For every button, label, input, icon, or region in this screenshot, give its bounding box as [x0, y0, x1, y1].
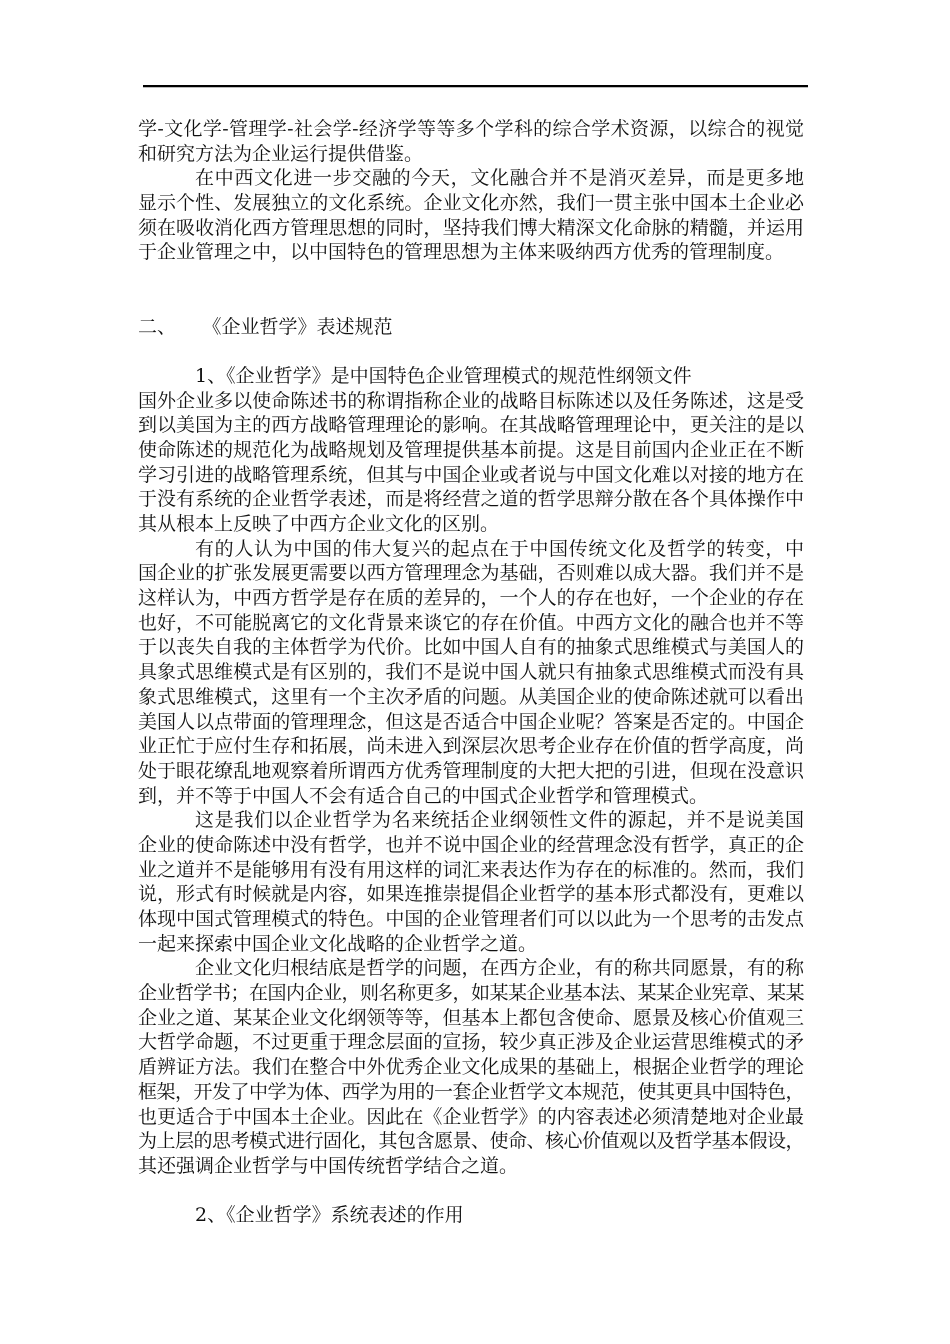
document-page: 学-文化学-管理学-社会学-经济学等等多个学科的综合学术资源，以综合的视觉和研究… — [0, 0, 950, 1344]
sub-heading-2: 2、《企业哲学》系统表述的作用 — [138, 1203, 804, 1228]
section-number: 二、 — [138, 316, 176, 338]
text-line: 企业哲学书；在国内企业，则名称更多，如某某企业基本法、某某企业宪章、某某 — [138, 981, 804, 1006]
section-heading-2: 二、《企业哲学》表述规范 — [138, 315, 804, 340]
text-line: 使命陈述的规范化为战略规划及管理提供基本前提。这是目前国内企业正在不断 — [138, 438, 804, 463]
text-line: 体现中国式管理模式的特色。中国的企业管理者们可以以此为一个思考的击发点 — [138, 907, 804, 932]
header-rule — [143, 85, 808, 88]
text-line: 企业的使命陈述中没有哲学，也并不说中国企业的经营理念没有哲学，真正的企 — [138, 833, 804, 858]
section-title: 《企业哲学》表述规范 — [212, 316, 393, 338]
text-line: 其还强调企业哲学与中国传统哲学结合之道。 — [138, 1154, 804, 1179]
text-line: 业正忙于应付生存和拓展，尚未进入到深层次思考企业存在价值的哲学高度，尚 — [138, 734, 804, 759]
text-line: 和研究方法为企业运行提供借鉴。 — [138, 142, 804, 167]
text-line: 也更适合于中国本土企业。因此在《企业哲学》的内容表述必须清楚地对企业最 — [138, 1105, 804, 1130]
page-content: 学-文化学-管理学-社会学-经济学等等多个学科的综合学术资源，以综合的视觉和研究… — [138, 117, 804, 1228]
text-line: 为上层的思考模式进行固化，其包含愿景、使命、核心价值观以及哲学基本假设， — [138, 1129, 804, 1154]
text-line: 显示个性、发展独立的文化系统。企业文化亦然，我们一贯主张中国本土企业必 — [138, 191, 804, 216]
text-line: 须在吸收消化西方管理思想的同时，坚持我们博大精深文化命脉的精髓，并运用 — [138, 216, 804, 241]
blank-lines — [138, 1179, 804, 1204]
text-line: 企业之道、某某企业文化纲领等等，但基本上都包含使命、愿景及核心价值观三 — [138, 1006, 804, 1031]
text-line: 一起来探索中国企业文化战略的企业哲学之道。 — [138, 932, 804, 957]
blank-lines — [138, 265, 804, 314]
text-line: 于企业管理之中，以中国特色的管理思想为主体来吸纳西方优秀的管理制度。 — [138, 240, 804, 265]
text-line: 企业文化归根结底是哲学的问题，在西方企业，有的称共同愿景，有的称 — [138, 956, 804, 981]
text-line: 于以丧失自我的主体哲学为代价。比如中国人自有的抽象式思维模式与美国人的 — [138, 635, 804, 660]
text-line: 国外企业多以使命陈述书的称谓指称企业的战略目标陈述以及任务陈述，这是受 — [138, 389, 804, 414]
text-line: 有的人认为中国的伟大复兴的起点在于中国传统文化及哲学的转变，中 — [138, 537, 804, 562]
text-line: 美国人以点带面的管理理念，但这是否适合中国企业呢？答案是否定的。中国企 — [138, 710, 804, 735]
sub-heading-1: 1、《企业哲学》是中国特色企业管理模式的规范性纲领文件 — [138, 364, 804, 389]
text-line: 其从根本上反映了中西方企业文化的区别。 — [138, 512, 804, 537]
text-line: 也好，不可能脱离它的文化背景来谈它的存在价值。中西方文化的融合也并不等 — [138, 611, 804, 636]
text-line: 国企业的扩张发展更需要以西方管理理念为基础，否则难以成大器。我们并不是 — [138, 561, 804, 586]
text-line: 到以美国为主的西方战略管理理论的影响。在其战略管理理论中，更关注的是以 — [138, 413, 804, 438]
paragraph-mission-statement: 国外企业多以使命陈述书的称谓指称企业的战略目标陈述以及任务陈述，这是受到以美国为… — [138, 389, 804, 537]
text-line: 在中西文化进一步交融的今天，文化融合并不是消灭差异，而是更多地 — [138, 166, 804, 191]
text-line: 处于眼花缭乱地观察着所谓西方优秀管理制度的大把大把的引进，但现在没意识 — [138, 759, 804, 784]
paragraph-rejuvenation-thinking-modes: 有的人认为中国的伟大复兴的起点在于中国传统文化及哲学的转变，中国企业的扩张发展更… — [138, 537, 804, 809]
paragraph-philosophy-as-name-origin: 这是我们以企业哲学为名来统括企业纲领性文件的源起，并不是说美国企业的使命陈述中没… — [138, 808, 804, 956]
text-line: 于没有系统的企业哲学表述，而是将经营之道的哲学思辩分散在各个具体操作中 — [138, 487, 804, 512]
text-line: 到，并不等于中国人不会有适合自己的中国式企业哲学和管理模式。 — [138, 784, 804, 809]
paragraph-continued-from-previous-page: 学-文化学-管理学-社会学-经济学等等多个学科的综合学术资源，以综合的视觉和研究… — [138, 117, 804, 166]
paragraph-culture-is-philosophy: 企业文化归根结底是哲学的问题，在西方企业，有的称共同愿景，有的称企业哲学书；在国… — [138, 956, 804, 1178]
text-line: 具象式思维模式是有区别的，我们不是说中国人就只有抽象式思维模式而没有具 — [138, 660, 804, 685]
text-line: 说，形式有时候就是内容，如果连推崇提倡企业哲学的基本形式都没有，更难以 — [138, 882, 804, 907]
paragraph-culture-fusion: 在中西文化进一步交融的今天，文化融合并不是消灭差异，而是更多地显示个性、发展独立… — [138, 166, 804, 265]
text-line: 学习引进的战略管理系统，但其与中国企业或者说与中国文化难以对接的地方在 — [138, 463, 804, 488]
text-line: 这样认为，中西方哲学是存在质的差异的，一个人的存在也好，一个企业的存在 — [138, 586, 804, 611]
blank-lines — [138, 339, 804, 364]
text-line: 盾辨证方法。我们在整合中外优秀企业文化成果的基础上，根据企业哲学的理论 — [138, 1055, 804, 1080]
text-line: 学-文化学-管理学-社会学-经济学等等多个学科的综合学术资源，以综合的视觉 — [138, 117, 804, 142]
text-line: 这是我们以企业哲学为名来统括企业纲领性文件的源起，并不是说美国 — [138, 808, 804, 833]
text-line: 框架，开发了中学为体、西学为用的一套企业哲学文本规范，使其更具中国特色， — [138, 1080, 804, 1105]
text-line: 业之道并不是能够用有没有用这样的词汇来表达作为存在的标准的。然而，我们 — [138, 858, 804, 883]
text-line: 象式思维模式，这里有一个主次矛盾的问题。从美国企业的使命陈述就可以看出 — [138, 685, 804, 710]
text-line: 大哲学命题，不过更重于理念层面的宣扬，较少真正涉及企业运营思维模式的矛 — [138, 1030, 804, 1055]
